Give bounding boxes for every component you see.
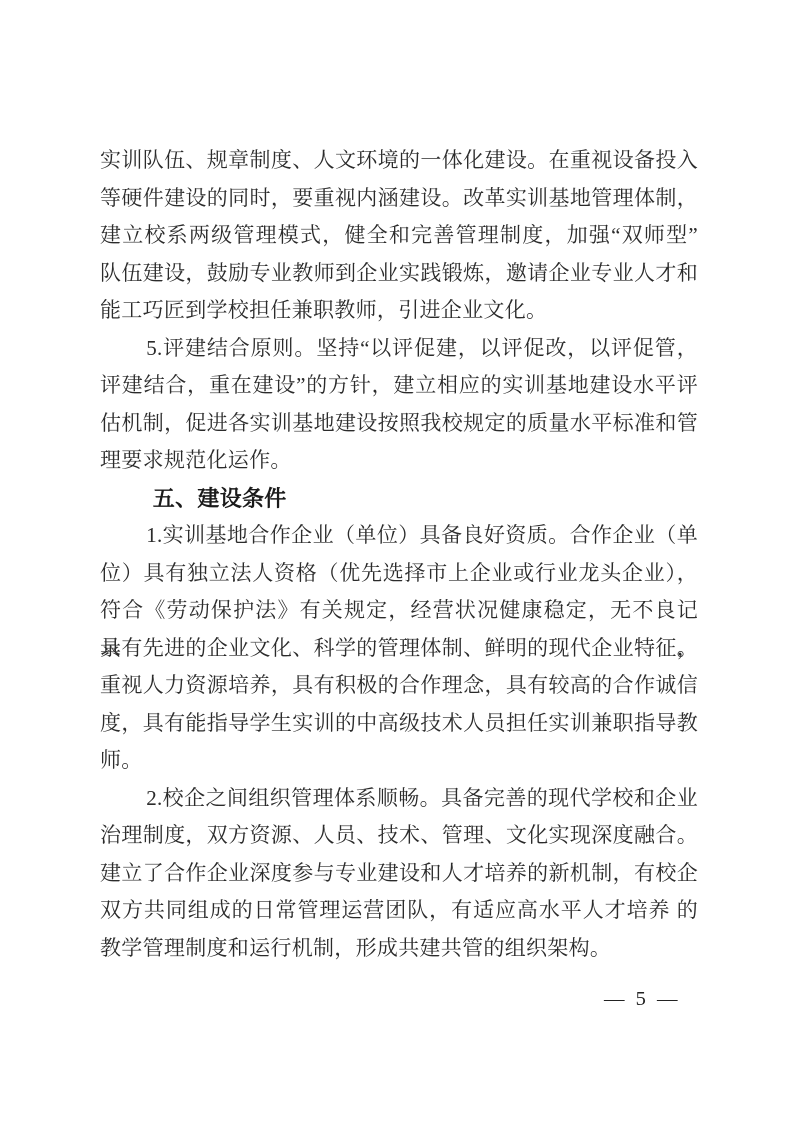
- document-page: 实训队伍、规章制度、人文环境的一体化建设。在重视设备投入 等硬件建设的同时，要重…: [0, 0, 794, 1123]
- text-line: 实训队伍、规章制度、人文环境的一体化建设。在重视设备投入: [100, 142, 698, 180]
- section-heading: 五、建设条件: [100, 480, 698, 518]
- text-line: 具有先进的企业文化、科学的管理体制、鲜明的现代企业特征，: [100, 630, 698, 668]
- page-number: — 5 —: [604, 988, 681, 1011]
- text-line: 双方共同组成的日常管理运营团队，有适应高水平人才培养 的: [100, 892, 698, 930]
- text-line: 符合《劳动保护法》有关规定，经营状况健康稳定，无不良记录。: [100, 592, 698, 630]
- text-line: 建立了合作企业深度参与专业建设和人才培养的新机制，有校企: [100, 855, 698, 893]
- text-line: 1.实训基地合作企业（单位）具备良好资质。合作企业（单: [100, 517, 698, 555]
- text-body: 实训队伍、规章制度、人文环境的一体化建设。在重视设备投入 等硬件建设的同时，要重…: [100, 142, 698, 967]
- text-line: 5.评建结合原则。坚持“以评促建，以评促改，以评促管，: [100, 330, 698, 368]
- text-line: 重视人力资源培养，具有积极的合作理念，具有较高的合作诚信: [100, 667, 698, 705]
- text-line: 建立校系两级管理模式，健全和完善管理制度，加强“双师型”: [100, 217, 698, 255]
- text-line: 师。: [100, 742, 698, 780]
- text-line: 估机制，促进各实训基地建设按照我校规定的质量水平标准和管: [100, 405, 698, 443]
- text-line: 治理制度，双方资源、人员、技术、管理、文化实现深度融合。: [100, 817, 698, 855]
- text-line: 评建结合，重在建设”的方针，建立相应的实训基地建设水平评: [100, 367, 698, 405]
- text-line: 能工巧匠到学校担任兼职教师，引进企业文化。: [100, 292, 698, 330]
- text-line: 教学管理制度和运行机制，形成共建共管的组织架构。: [100, 930, 698, 968]
- text-line: 2.校企之间组织管理体系顺畅。具备完善的现代学校和企业: [100, 780, 698, 818]
- text-line: 队伍建设，鼓励专业教师到企业实践锻炼，邀请企业专业人才和: [100, 255, 698, 293]
- text-line: 位）具有独立法人资格（优先选择市上企业或行业龙头企业），: [100, 555, 698, 593]
- text-line: 等硬件建设的同时，要重视内涵建设。改革实训基地管理体制，: [100, 180, 698, 218]
- text-line: 度，具有能指导学生实训的中高级技术人员担任实训兼职指导教: [100, 705, 698, 743]
- text-line: 理要求规范化运作。: [100, 442, 698, 480]
